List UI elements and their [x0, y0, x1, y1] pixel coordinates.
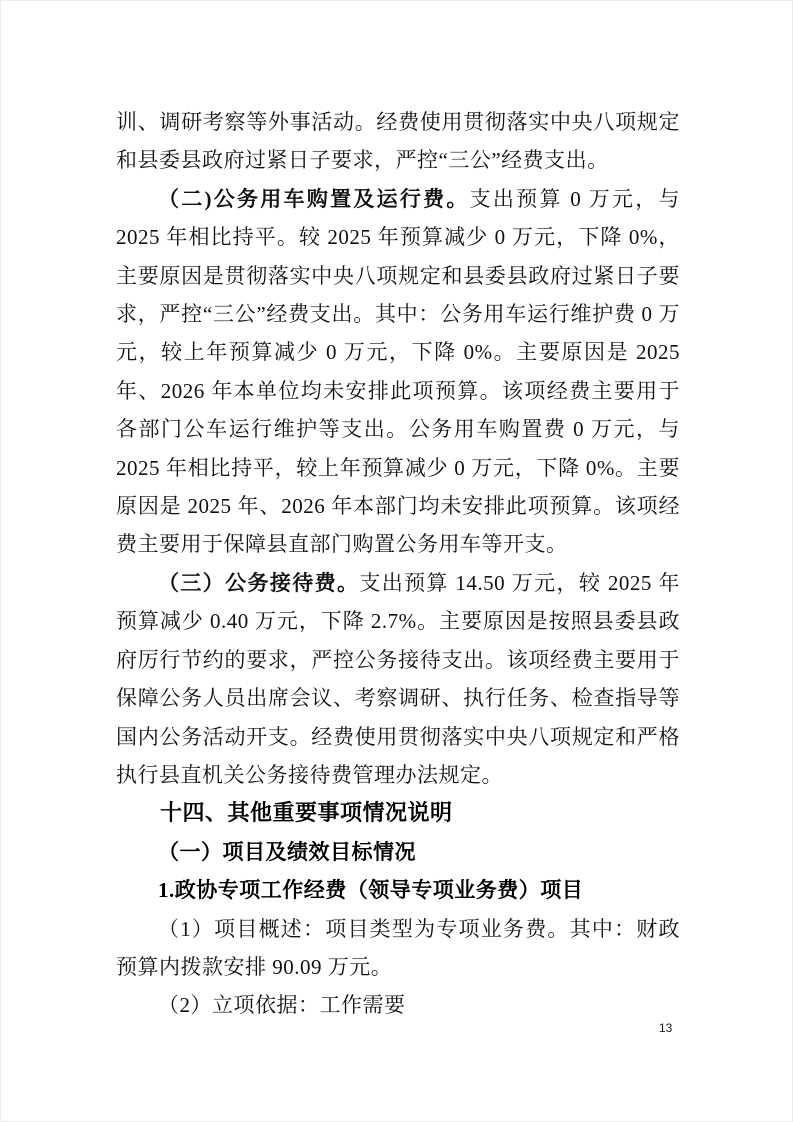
- subsection-heading: （一）项目及绩效目标情况: [116, 833, 680, 871]
- paragraph-vehicle-lead: （二)公务用车购置及运行费。: [158, 187, 470, 211]
- section-heading: 十四、其他重要事项情况说明: [116, 794, 680, 832]
- page-content: 训、调研考察等外事活动。经费使用贯彻落实中央八项规定和县委县政府过紧日子要求，严…: [116, 103, 680, 1025]
- item-heading: 1.政协专项工作经费（领导专项业务费）项目: [116, 871, 680, 909]
- paragraph-continuation: 训、调研考察等外事活动。经费使用贯彻落实中央八项规定和县委县政府过紧日子要求，严…: [116, 103, 680, 180]
- page-number: 13: [659, 1021, 672, 1035]
- paragraph-project-overview: （1）项目概述：项目类型为专项业务费。其中：财政预算内拨款安排 90.09 万元…: [116, 910, 680, 987]
- paragraph-reception-lead: （三）公务接待费。: [158, 571, 359, 595]
- paragraph-vehicle-budget: （二)公务用车购置及运行费。支出预算 0 万元，与 2025 年相比持平。较 2…: [116, 180, 680, 564]
- document-page: 训、调研考察等外事活动。经费使用贯彻落实中央八项规定和县委县政府过紧日子要求，严…: [0, 0, 793, 1122]
- paragraph-vehicle-body: 支出预算 0 万元，与 2025 年相比持平。较 2025 年预算减少 0 万元…: [116, 187, 680, 557]
- paragraph-reception-body: 支出预算 14.50 万元，较 2025 年预算减少 0.40 万元，下降 2.…: [116, 571, 680, 787]
- paragraph-project-basis: （2）立项依据：工作需要: [116, 986, 680, 1024]
- paragraph-reception-budget: （三）公务接待费。支出预算 14.50 万元，较 2025 年预算减少 0.40…: [116, 564, 680, 794]
